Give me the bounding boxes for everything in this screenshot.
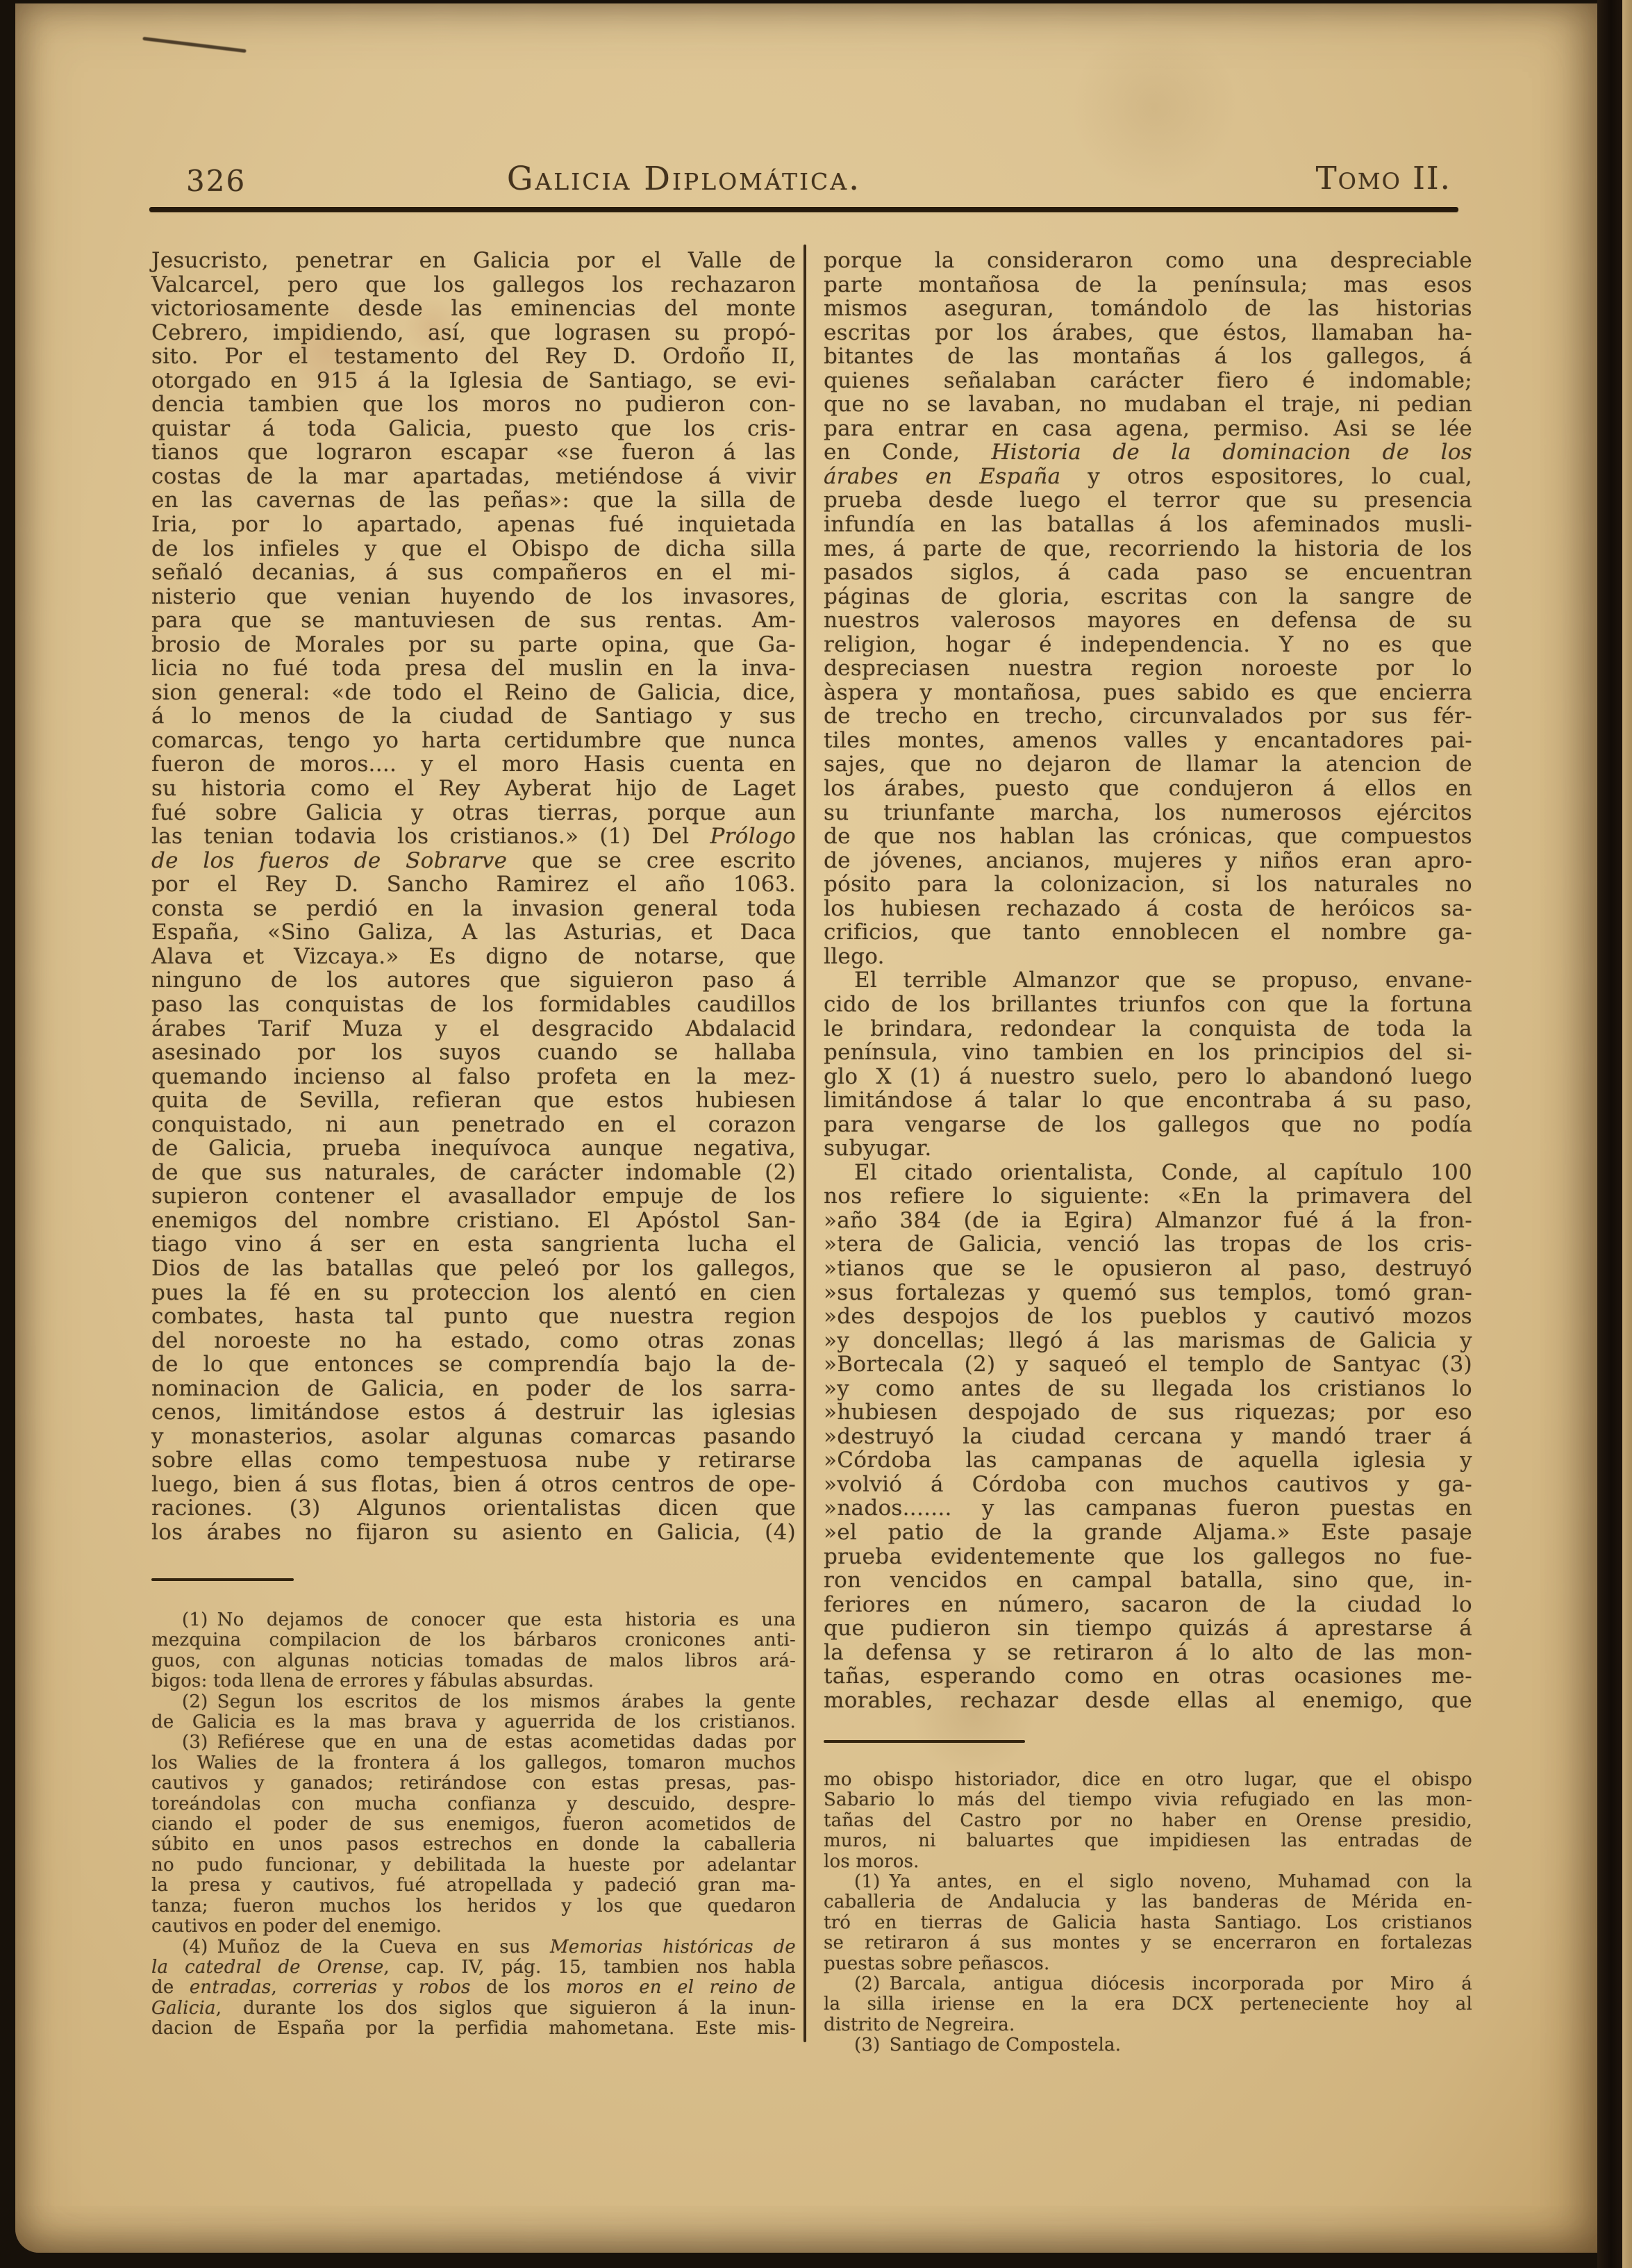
body-text-line: »y doncellas; llegó á las marismas de Ga… [824,1329,1472,1353]
body-text-line: los árabes no fijaron su asiento en Gali… [151,1521,796,1545]
body-text-line: para que se mantuviesen de sus rentas. A… [151,609,796,633]
body-text-line: de Galicia, prueba inequívoca aunque neg… [151,1136,796,1161]
body-text-line: conquistado, ni aun penetrado en el cora… [151,1113,796,1137]
footnote-text-line: (3) Santiago de Compostela. [824,2035,1472,2055]
left-column-footnotes: (1) No dejamos de conocer que esta histo… [151,1610,796,2039]
body-text-line: quienes señalaban carácter fiero é indom… [824,369,1472,393]
footnote-text-line: tanza; fueron muchos los heridos y los q… [151,1896,796,1917]
footnote-text-line: toreándolas con mucha confianza y descui… [151,1794,796,1814]
body-text-line: ninguno de los autores que siguieron pas… [151,968,796,993]
body-text-line: tañas, esperando como en otras ocasiones… [824,1664,1472,1689]
body-text-line: subyugar. [824,1136,1472,1161]
body-text-line: en las cavernas de las peñas»: que la si… [151,488,796,513]
footnote-text-line: tró en tierras de Galicia hasta Santiago… [824,1913,1472,1933]
body-text-line: páginas de gloria, escritas con la sangr… [824,585,1472,609]
body-text-line: para vengarse de los gallegos que no pod… [824,1113,1472,1137]
footnote-text-line: cautivos y ganados; retirándose con esta… [151,1773,796,1794]
body-text-line: de que nos hablan las crónicas, que comp… [824,825,1472,849]
body-text-line: El citado orientalista, Conde, al capítu… [824,1161,1472,1185]
body-text-line: brosio de Morales por su parte opina, qu… [151,633,796,657]
body-text-line: »tera de Galicia, venció las tropas de l… [824,1232,1472,1257]
footnote-text-line: distrito de Negreira. [824,2015,1472,2035]
body-text-line: »tianos que se le opusieron al paso, des… [824,1257,1472,1281]
body-text-line: nisterio que venian huyendo de los invas… [151,585,796,609]
body-text-line: cido de los brillantes triunfos con que … [824,993,1472,1017]
body-text-line: comarcas, tengo yo harta certidumbre que… [151,729,796,753]
body-text-line: por el Rey D. Sancho Ramirez el año 1063… [151,872,796,897]
body-text-line: los hubiesen rechazado á costa de heróic… [824,897,1472,921]
body-text-line: su triunfante marcha, los numerosos ejér… [824,801,1472,825]
footnote-text-line: (1) No dejamos de conocer que esta histo… [151,1610,796,1630]
body-text-line: y monasterios, asolar algunas comarcas p… [151,1425,796,1449]
body-text-line: luego, bien á sus flotas, bien á otros c… [151,1473,796,1497]
body-text-line: Jesucristo, penetrar en Galicia por el V… [151,249,796,273]
footnote-text-line: (2) Barcala, antigua diócesis incorporad… [824,1974,1472,1994]
footnote-text-line: caballeria de Andalucia y las banderas d… [824,1892,1472,1912]
footnote-text-line: mezquina compilacion de los bárbaros cro… [151,1630,796,1650]
footnote-text-line: puestas sobre peñascos. [824,1954,1472,1974]
body-text-line: mes, á parte de que, recorriendo la hist… [824,537,1472,561]
body-text-line: pasados siglos, á cada paso se encuentra… [824,561,1472,585]
body-text-line: llego. [824,945,1472,969]
footnote-text-line: los Walies de la frontera á los gallegos… [151,1753,796,1773]
footnote-text-line: Sabario lo más del tiempo vivia refugiad… [824,1790,1472,1810]
body-text-line: que no se lavaban, no mudaban el traje, … [824,392,1472,417]
body-text-line: asesinado por los suyos cuando se hallab… [151,1041,796,1065]
body-text-line: árabes en España y otros espositores, lo… [824,465,1472,489]
body-text-line: parte montañosa de la península; mas eso… [824,273,1472,297]
body-text-line: ron vencidos en campal batalla, sino que… [824,1568,1472,1593]
footnote-text-line: (3) Refiérese que en una de estas acomet… [151,1732,796,1753]
body-text-line: pues la fé en su proteccion los alentó e… [151,1281,796,1305]
body-text-line: que pudieron sin tiempo quizás á apresta… [824,1616,1472,1641]
body-text-line: limitándose á talar lo que encontraba á … [824,1089,1472,1113]
page: { "colors": { "paper": "#dcc392", "ink":… [0,0,1632,2268]
body-text-line: despreciasen nuestra region noroeste por… [824,656,1472,681]
footnote-text-line: la catedral de Orense, cap. IV, pág. 15,… [151,1957,796,1978]
body-text-line: tiago vino á ser en esta sangrienta luch… [151,1232,796,1257]
body-text-line: glo X (1) á nuestro suelo, pero lo aband… [824,1065,1472,1089]
header-rule [149,207,1458,212]
body-text-line: le brindara, redondear la conquista de t… [824,1017,1472,1041]
body-text-line: quistar á toda Galicia, puesto que los c… [151,417,796,441]
body-text-line: de los infieles y que el Obispo de dicha… [151,537,796,561]
body-text-line: »sus fortalezas y quemó sus templos, tom… [824,1281,1472,1305]
right-column-body: porque la consideraron como una despreci… [824,249,1472,1712]
body-text-line: de lo que entonces se comprendía bajo la… [151,1352,796,1377]
body-text-line: mismos aseguran, tomándolo de las histor… [824,297,1472,321]
body-text-line: victoriosamente desde las eminencias del… [151,297,796,321]
next-page-edge [1622,0,1632,2268]
body-text-line: de jóvenes, ancianos, mujeres y niños er… [824,849,1472,873]
body-text-line: àspera y montañosa, pues sabido es que e… [824,681,1472,705]
body-text-line: fué sobre Galicia y otras tierras, porqu… [151,801,796,825]
body-text-line: su historia como el Rey Ayberat hijo de … [151,777,796,801]
body-text-line: sion general: «de todo el Reino de Galic… [151,681,796,705]
footnote-text-line: la presa y cautivos, fué atropellada y p… [151,1876,796,1896]
body-text-line: en Conde, Historia de la dominacion de l… [824,440,1472,465]
footnote-text-line: mo obispo historiador, dice en otro luga… [824,1770,1472,1790]
body-text-line: nuestros valerosos mayores en defensa de… [824,609,1472,633]
body-text-line: escritas por los árabes, que éstos, llam… [824,321,1472,345]
footnote-text-line: (1) Ya antes, en el siglo noveno, Muhama… [824,1872,1472,1892]
body-text-line: los árabes, puesto que condujeron á ello… [824,777,1472,801]
footnote-text-line: dacion de España por la perfidia mahomet… [151,2019,796,2039]
body-text-line: morables, rechazar desde ellas al enemig… [824,1689,1472,1713]
body-text-line: infundía en las batallas á los afeminado… [824,513,1472,537]
body-text-line: tiles montes, amenos valles y encantador… [824,729,1472,753]
body-text-line: »Córdoba las campanas de aquella iglesia… [824,1448,1472,1473]
body-text-line: »año 384 (de ia Egira) Almanzor fué á la… [824,1209,1472,1233]
body-text-line: la defensa y se retiraron á lo alto de l… [824,1641,1472,1665]
body-text-line: á lo menos de la ciudad de Santiago y su… [151,704,796,729]
body-text-line: las tenian todavia los cristianos.» (1) … [151,825,796,849]
footnote-text-line: muros, ni baluartes que impidiesen las e… [824,1831,1472,1851]
footnote-text-line: se retiraron á sus montes y se encerraro… [824,1933,1472,1953]
body-text-line: »nados....... y las campanas fueron pues… [824,1496,1472,1521]
body-text-line: nominacion de Galicia, en poder de los s… [151,1377,796,1401]
body-text-line: consta se perdió en la invasion general … [151,897,796,921]
body-text-line: dencia tambien que los moros no pudieron… [151,392,796,417]
footnote-text-line: guos, con algunas noticias tomadas de ma… [151,1651,796,1671]
body-text-line: »hubiesen despojado de sus riquezas; por… [824,1400,1472,1425]
body-text-line: Valcarcel, pero que los gallegos los rec… [151,273,796,297]
body-text-line: »y como antes de su llegada los cristian… [824,1377,1472,1401]
body-text-line: »destruyó la ciudad cercana y mandó trae… [824,1425,1472,1449]
body-text-line: feriores en número, sacaron de la ciudad… [824,1593,1472,1617]
body-text-line: combates, hasta tal punto que nuestra re… [151,1305,796,1329]
footnote-text-line: no pudo funcionar, y debilitada la huest… [151,1855,796,1876]
body-text-line: »des despojos de los pueblos y cautivó m… [824,1305,1472,1329]
body-text-line: religion, hogar é independencia. Y no es… [824,633,1472,657]
body-text-line: licia no fué toda presa del muslin en la… [151,656,796,681]
body-text-line: Iria, por lo apartado, apenas fué inquie… [151,513,796,537]
volume-label: Tomo II. [1243,160,1451,197]
footnote-text-line: bigos: toda llena de errores y fábulas a… [151,1671,796,1691]
book-edge-shadow [1597,0,1622,2268]
body-text-line: crificios, que tanto ennoblecen el nombr… [824,920,1472,945]
body-text-line: bitantes de las montañas á los gallegos,… [824,345,1472,369]
right-footnote-rule [824,1740,1025,1743]
footnote-text-line: (2) Segun los escritos de los mismos ára… [151,1692,796,1712]
body-text-line: de los fueros de Sobrarve que se cree es… [151,849,796,873]
body-text-line: supieron contener el avasallador empuje … [151,1184,796,1209]
body-text-line: prueba desde luego el terror que su pres… [824,488,1472,513]
footnote-text-line: cautivos en poder del enemigo. [151,1917,796,1937]
body-text-line: fueron de moros.... y el moro Hasis cuen… [151,752,796,777]
body-text-line: porque la consideraron como una despreci… [824,249,1472,273]
footnote-text-line: los moros. [824,1852,1472,1872]
right-column-footnotes: mo obispo historiador, dice en otro luga… [824,1770,1472,2056]
body-text-line: »Bortecala (2) y saqueó el templo de San… [824,1352,1472,1377]
footnote-text-line: (4) Muñoz de la Cueva en sus Memorias hi… [151,1937,796,1957]
left-footnote-rule [151,1578,294,1581]
body-text-line: sajes, que no dejaron de llamar la atenc… [824,752,1472,777]
body-text-line: Dios de las batallas que peleó por los g… [151,1257,796,1281]
body-text-line: señaló decanias, á sus compañeros en el … [151,561,796,585]
body-text-line: tianos que lograron escapar «se fueron á… [151,440,796,465]
body-text-line: »el patio de la grande Aljama.» Este pas… [824,1521,1472,1545]
body-text-line: sobre ellas como tempestuosa nube y reti… [151,1448,796,1473]
left-column-body: Jesucristo, penetrar en Galicia por el V… [151,249,796,1545]
body-text-line: España, «Sino Galiza, A las Asturias, et… [151,920,796,945]
body-text-line: otorgado en 915 á la Iglesia de Santiago… [151,369,796,393]
body-text-line: para entrar en casa agena, permiso. Asi … [824,417,1472,441]
body-text-line: península, vino tambien en los principio… [824,1041,1472,1065]
footnote-text-line: Galicia, durante los dos siglos que sigu… [151,1998,796,2019]
body-text-line: Alava et Vizcaya.» Es digno de notarse, … [151,945,796,969]
body-text-line: raciones. (3) Algunos orientalistas dice… [151,1496,796,1521]
body-text-line: árabes Tarif Muza y el desgracido Abdala… [151,1017,796,1041]
page-number: 326 [186,164,246,198]
body-text-line: del noroeste no ha estado, como otras zo… [151,1329,796,1353]
footnote-text-line: súbito en unos pasos estrechos en donde … [151,1835,796,1855]
body-text-line: Cebrero, impidiendo, así, que lograsen s… [151,321,796,345]
footnote-text-line: la silla iriense en la era DCX perteneci… [824,1994,1472,2014]
footnote-text-line: tañas del Castro por no haber en Orense … [824,1811,1472,1831]
body-text-line: El terrible Almanzor que se propuso, env… [824,968,1472,993]
body-text-line: quita de Sevilla, refieran que estos hub… [151,1089,796,1113]
body-text-line: enemigos del nombre cristiano. El Apósto… [151,1209,796,1233]
footnote-text-line: de entradas, correrias y robos de los mo… [151,1978,796,1998]
body-text-line: prueba evidentemente que los gallegos no… [824,1545,1472,1569]
body-text-line: de trecho en trecho, circunvalados por s… [824,704,1472,729]
footnote-text-line: de Galicia es la mas brava y aguerrida d… [151,1712,796,1732]
body-text-line: paso las conquistas de los formidables c… [151,993,796,1017]
body-text-line: quemando incienso al falso profeta en la… [151,1065,796,1089]
body-text-line: de que sus naturales, de carácter indoma… [151,1161,796,1185]
body-text-line: »volvió á Córdoba con muchos cautivos y … [824,1473,1472,1497]
body-text-line: sito. Por el testamento del Rey D. Ordoñ… [151,345,796,369]
footnote-text-line: ciando el poder de sus enemigos, fueron … [151,1814,796,1835]
body-text-line: pósito para la colonizacion, si los natu… [824,872,1472,897]
body-text-line: cenos, limitándose estos á destruir las … [151,1400,796,1425]
body-text-line: costas de la mar apartadas, metiéndose á… [151,465,796,489]
journal-title: Galicia Diplomática. [333,160,1035,198]
body-text-line: nos refiere lo siguiente: «En la primave… [824,1184,1472,1209]
column-divider [803,245,806,2042]
